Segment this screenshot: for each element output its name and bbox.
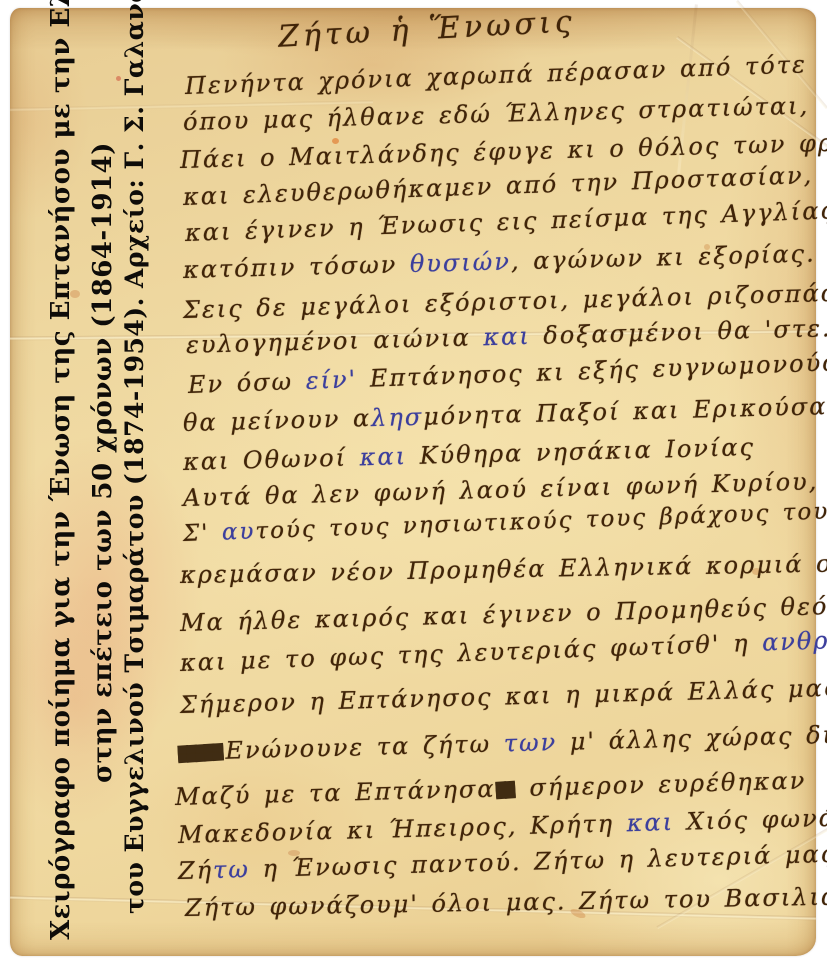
poem-line: θα μείνουν αλησμόνητα Παξοί και Ερικούσα <box>183 392 827 437</box>
handwritten-text: Χιός φωνάζουν <box>674 802 827 836</box>
blue-ink-correction: και <box>626 808 674 837</box>
handwritten-text: μ' άλλης χώρας δικιάς μας <box>557 718 827 757</box>
handwritten-text: Ζή <box>178 856 214 885</box>
scanned-page: Χειρόγραφο ποίημα για την Ένωση της Επτα… <box>0 0 827 969</box>
handwritten-text: , αγώνων κι εξορίας. <box>511 239 817 275</box>
poem-line: όπου μας ήλθανε εδώ Έλληνες στρατιώται, <box>183 92 810 136</box>
handwritten-text: Σήμερον η Επτάνησος και η μικρά Ελλάς μα… <box>180 674 827 719</box>
handwritten-text: Σ' <box>183 520 223 547</box>
handwritten-text: η Ένωσις παντού. Ζήτω η λευτεριά μας <box>250 840 827 883</box>
poem-line: █████Ενώνουνε τα ζήτω των μ' άλλης χώρας… <box>178 718 827 766</box>
poem-line: Μαζύ με τα Επτάνησα██ σήμερον ευρέθηκαν <box>175 766 807 811</box>
blue-ink-correction: αυ <box>221 518 255 545</box>
handwritten-text: Μαζύ με τα Επτάνησα <box>175 775 496 811</box>
handwritten-text: και με το φως της λευτεριάς φωτίσθ' η <box>180 629 763 677</box>
strikethrough-scribble: ██ <box>495 782 513 799</box>
handwritten-text: κρεμάσαν νέον Προμηθέα Ελληνικά κορμιά σ… <box>180 549 827 589</box>
poem-line: Ζήτω η Ένωσις παντού. Ζήτω η λευτεριά μα… <box>178 840 827 885</box>
handwritten-text: Εν όσω <box>188 367 307 399</box>
poem-line: Πενήντα χρόνια χαρωπά πέρασαν από τότε <box>185 50 808 100</box>
handwritten-text: κατόπιν τόσων <box>183 250 411 284</box>
blue-ink-correction: των <box>503 728 557 757</box>
caption-column-2: στην επέτειο των 50 χρόνων (1864-1914) <box>88 191 118 783</box>
blue-ink-correction: θυσιών <box>410 247 512 278</box>
poem-line: κατόπιν τόσων θυσιών, αγώνων κι εξορίας. <box>183 239 816 284</box>
poem-line: κρεμάσαν νέον Προμηθέα Ελληνικά κορμιά σ… <box>180 549 827 589</box>
caption-column-1: Χειρόγραφο ποίημα για την Ένωση της Επτα… <box>46 68 76 940</box>
poem-title: Ζήτω ἡ Ἕνωσις <box>277 4 576 55</box>
handwritten-text: σήμερον ευρέθηκαν <box>516 766 806 802</box>
handwritten-text: Κύθηρα νησάκια Ιονίας <box>407 433 756 470</box>
manuscript-paper: Χειρόγραφο ποίημα για την Ένωση της Επτα… <box>10 8 816 956</box>
handwritten-text: ευλογημένοι αιώνια <box>186 323 484 359</box>
handwritten-text: Ενώνουνε τα ζήτω <box>225 729 504 764</box>
handwritten-text: μόνητα Παξοί και Ερικούσα <box>423 392 827 431</box>
blue-ink-correction: τω <box>213 855 251 884</box>
handwritten-text: θα μείνουν α <box>183 404 372 437</box>
handwritten-text: Επτάνησος κι εξής ευγνωμονούσα <box>357 348 827 393</box>
poem-line: Ζήτω φωνάζουμ' όλοι μας. Ζήτω του Βασιλι… <box>185 881 827 922</box>
handwritten-text: Πενήντα χρόνια χαρωπά πέρασαν από τότε <box>185 50 808 100</box>
blue-ink-correction: και <box>359 442 407 471</box>
handwritten-text: και Οθωνοί <box>183 443 360 476</box>
handwritten-text: όπου μας ήλθανε εδώ Έλληνες στρατιώται, <box>183 92 810 136</box>
blue-ink-correction: και <box>483 322 531 351</box>
handwritten-text: Μακεδονία κι Ήπειρος, Κρήτη <box>178 809 627 849</box>
poem-line: και Οθωνοί και Κύθηρα νησάκια Ιονίας <box>183 433 756 476</box>
handwritten-text: Ζήτω φωνάζουμ' όλοι μας. Ζήτω του Βασιλι… <box>185 881 827 922</box>
blue-ink-correction: είν' <box>305 365 357 395</box>
blue-ink-correction: λησ <box>371 403 424 432</box>
poem-line: Σήμερον η Επτάνησος και η μικρά Ελλάς μα… <box>180 674 827 719</box>
strikethrough-scribble: █████ <box>178 744 222 763</box>
caption-column-3: του Ευγγελινού Τσιμαράτου (1874-1954). Α… <box>120 66 149 914</box>
handwritten-text: δοξασμένοι θα 'στε. <box>530 314 827 350</box>
blue-ink-correction: ανθρωπότης <box>762 623 827 657</box>
